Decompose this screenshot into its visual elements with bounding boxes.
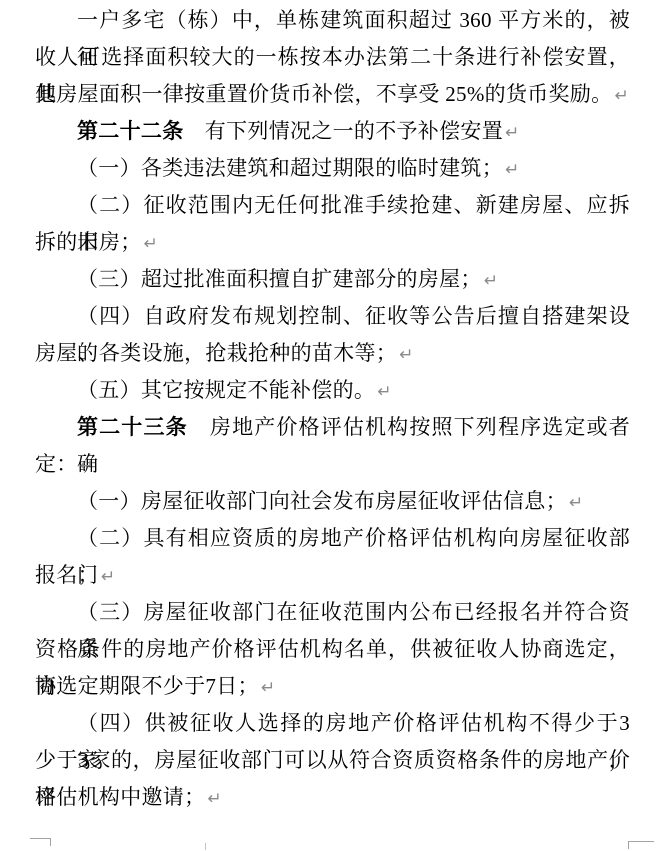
- paragraph-mark-icon: ↵: [614, 86, 628, 105]
- paragraph-mark-icon: ↵: [505, 160, 519, 179]
- text-line: （二）具有相应资质的房地产价格评估机构向房屋征收部门: [35, 520, 630, 557]
- paragraph-mark-icon: ↵: [144, 234, 158, 253]
- paragraph-mark-icon: ↵: [569, 493, 583, 512]
- body-text: 有下列情况之一的不予补偿安置: [184, 119, 504, 143]
- text-line: 拆的旧房；↵: [35, 224, 630, 261]
- text-line: （三）房屋征收部门在征收范围内公布已经报名并符合资质: [35, 594, 630, 631]
- text-line: 报名；↵: [35, 557, 630, 594]
- text-line: 第二十二条 有下列情况之一的不予补偿安置↵: [35, 113, 630, 150]
- paragraph-mark-icon: ↵: [80, 456, 94, 475]
- text-line: （三）超过批准面积擅自扩建部分的房屋；↵: [35, 261, 630, 298]
- text-line: 收人可选择面积较大的一栋按本办法第二十条进行补偿安置，其: [35, 39, 630, 76]
- text-line: （四）供被征收人选择的房地产价格评估机构不得少于3家，: [35, 705, 630, 742]
- body-text: （一）房屋征收部门向社会发布房屋征收评估信息；: [77, 489, 567, 513]
- paragraph-mark-icon: ↵: [377, 382, 391, 401]
- paragraph-mark-icon: ↵: [505, 123, 519, 142]
- text-line: 商选定期限不少于7日；↵: [35, 668, 630, 705]
- text-line: （二）征收范围内无任何批准手续抢建、新建房屋、应拆未: [35, 187, 630, 224]
- text-line: 少于3家的，房屋征收部门可以从符合资质资格条件的房地产价格: [35, 742, 630, 779]
- body-text: 拆的旧房；: [35, 230, 142, 254]
- document-page: 一户多宅（栋）中，单栋建筑面积超过 360 平方米的，被征收人可选择面积较大的一…: [0, 0, 661, 851]
- body-text: 报名；: [35, 563, 99, 587]
- boundary-tick-mark: [205, 843, 206, 850]
- body-text: （一）各类违法建筑和超过期限的临时建筑；: [77, 156, 503, 180]
- body-text: 定：: [35, 452, 78, 476]
- page-corner-mark-bottom-right: [628, 841, 654, 849]
- page-corner-mark-bottom-left: [30, 838, 51, 846]
- article-number-text: 第二十三条: [77, 415, 188, 439]
- paragraph-mark-icon: ↵: [261, 678, 275, 697]
- text-line: 一户多宅（栋）中，单栋建筑面积超过 360 平方米的，被征: [35, 2, 630, 39]
- body-text: 房屋、各类设施，抢栽抢种的苗木等；: [35, 341, 397, 365]
- document-body: 一户多宅（栋）中，单栋建筑面积超过 360 平方米的，被征收人可选择面积较大的一…: [35, 2, 630, 816]
- text-line: 房屋、各类设施，抢栽抢种的苗木等；↵: [35, 335, 630, 372]
- text-line: 评估机构中邀请；↵: [35, 779, 630, 816]
- text-line: （一）各类违法建筑和超过期限的临时建筑；↵: [35, 150, 630, 187]
- paragraph-mark-icon: ↵: [207, 789, 221, 808]
- body-text: （五）其它按规定不能补偿的。: [77, 378, 375, 402]
- body-text: 他房屋面积一律按重置价货币补偿，不享受 25%的货币奖励。: [35, 82, 612, 106]
- paragraph-mark-icon: ↵: [101, 567, 115, 586]
- body-text: 商选定期限不少于7日；: [35, 674, 259, 698]
- text-line: 第二十三条 房地产价格评估机构按照下列程序选定或者确: [35, 409, 630, 446]
- text-line: 他房屋面积一律按重置价货币补偿，不享受 25%的货币奖励。↵: [35, 76, 630, 113]
- paragraph-mark-icon: ↵: [399, 345, 413, 364]
- text-line: （四）自政府发布规划控制、征收等公告后擅自搭建架设的: [35, 298, 630, 335]
- paragraph-mark-icon: ↵: [484, 271, 498, 290]
- article-number-text: 第二十二条: [77, 119, 184, 143]
- text-line: 定：↵: [35, 446, 630, 483]
- body-text: （三）超过批准面积擅自扩建部分的房屋；: [77, 267, 482, 291]
- text-line: （五）其它按规定不能补偿的。↵: [35, 372, 630, 409]
- text-line: （一）房屋征收部门向社会发布房屋征收评估信息；↵: [35, 483, 630, 520]
- body-text: 评估机构中邀请；: [35, 785, 205, 809]
- text-line: 资格条件的房地产价格评估机构名单，供被征收人协商选定，协: [35, 631, 630, 668]
